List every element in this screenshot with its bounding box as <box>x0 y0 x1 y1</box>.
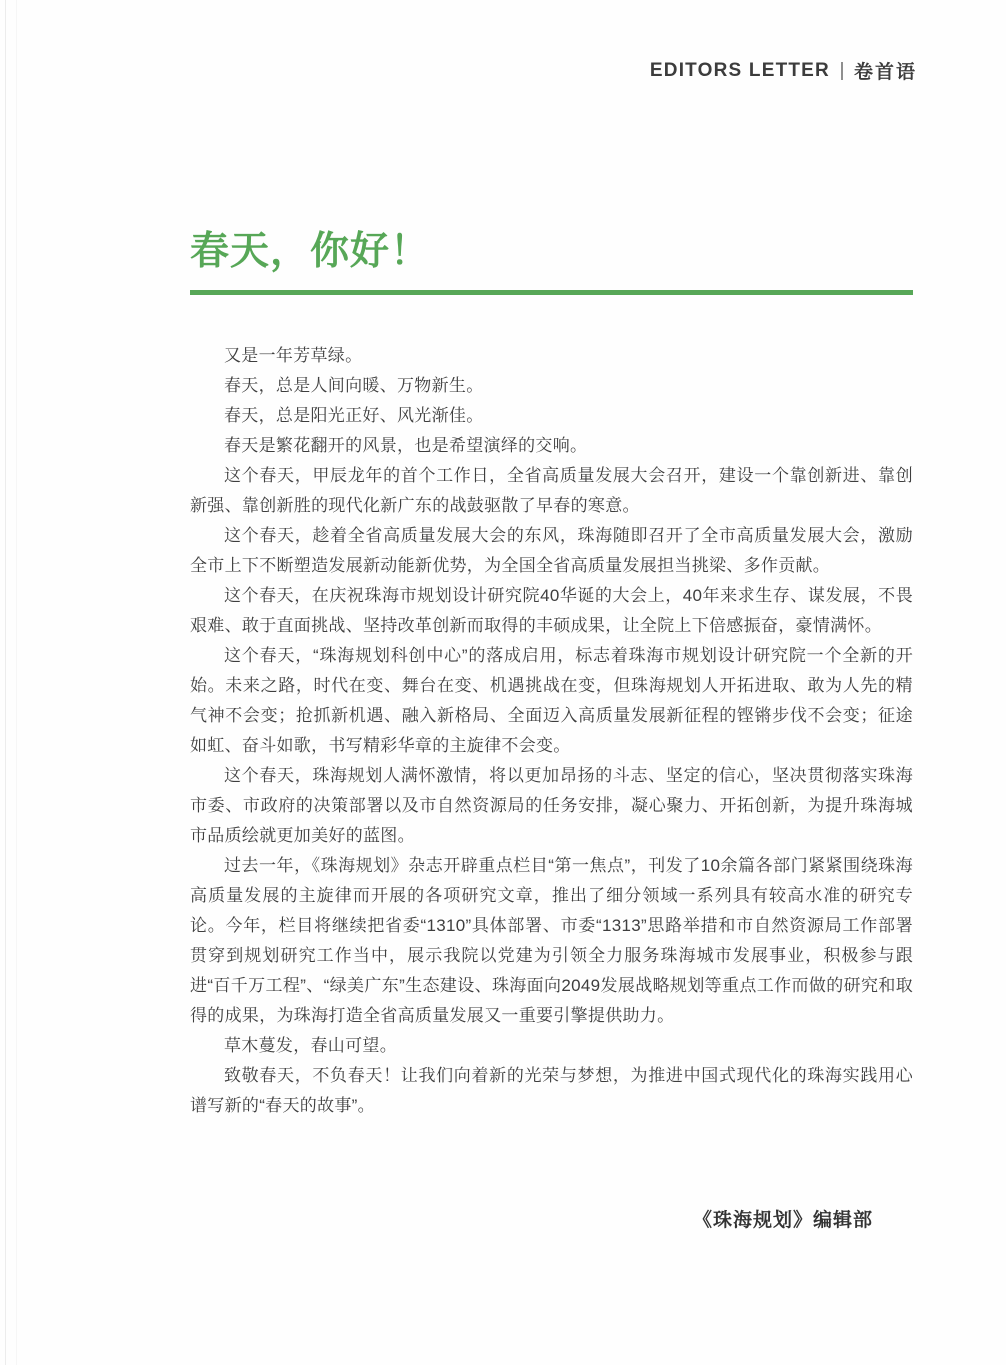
article-paragraph: 春天，总是阳光正好、风光渐佳。 <box>190 401 913 431</box>
article-paragraph: 这个春天，甲辰龙年的首个工作日，全省高质量发展大会召开，建设一个靠创新进、靠创新… <box>190 461 913 521</box>
article-paragraph: 又是一年芳草绿。 <box>190 341 913 371</box>
article-paragraph: 这个春天，趁着全省高质量发展大会的东风，珠海随即召开了全市高质量发展大会，激励全… <box>190 521 913 581</box>
page-scan-edge-inner <box>16 0 17 1365</box>
article-paragraph: 这个春天，在庆祝珠海市规划设计研究院40华诞的大会上，40年来求生存、谋发展，不… <box>190 581 913 641</box>
article-title: 春天，你好！ <box>190 228 913 276</box>
title-underline-rule <box>190 290 913 295</box>
article-paragraph: 致敬春天，不负春天！让我们向着新的光荣与梦想，为推进中国式现代化的珠海实践用心谱… <box>190 1061 913 1121</box>
article-paragraph: 这个春天，“珠海规划科创中心”的落成启用，标志着珠海市规划设计研究院一个全新的开… <box>190 641 913 761</box>
article-paragraph: 草木蔓发，春山可望。 <box>190 1031 913 1061</box>
header-title-english: EDITORS LETTER <box>650 60 830 82</box>
article-body: 又是一年芳草绿。 春天，总是人间向暖、万物新生。 春天，总是阳光正好、风光渐佳。… <box>190 341 913 1121</box>
article-paragraph: 过去一年，《珠海规划》杂志开辟重点栏目“第一焦点”，刊发了10余篇各部门紧紧围绕… <box>190 851 913 1031</box>
page-header: EDITORS LETTER 卷首语 <box>650 57 917 84</box>
page-scan-edge <box>5 0 6 1365</box>
article-paragraph: 春天，总是人间向暖、万物新生。 <box>190 371 913 401</box>
header-divider-bar <box>841 62 843 80</box>
magazine-page: EDITORS LETTER 卷首语 春天，你好！ 又是一年芳草绿。 春天，总是… <box>0 0 1006 1365</box>
article-paragraph: 这个春天，珠海规划人满怀激情，将以更加昂扬的斗志、坚定的信心，坚决贯彻落实珠海市… <box>190 761 913 851</box>
article: 春天，你好！ 又是一年芳草绿。 春天，总是人间向暖、万物新生。 春天，总是阳光正… <box>190 228 913 1121</box>
header-title-chinese: 卷首语 <box>854 57 917 84</box>
editorial-signature: 《珠海规划》编辑部 <box>693 1205 873 1232</box>
article-paragraph: 春天是繁花翻开的风景，也是希望演绎的交响。 <box>190 431 913 461</box>
